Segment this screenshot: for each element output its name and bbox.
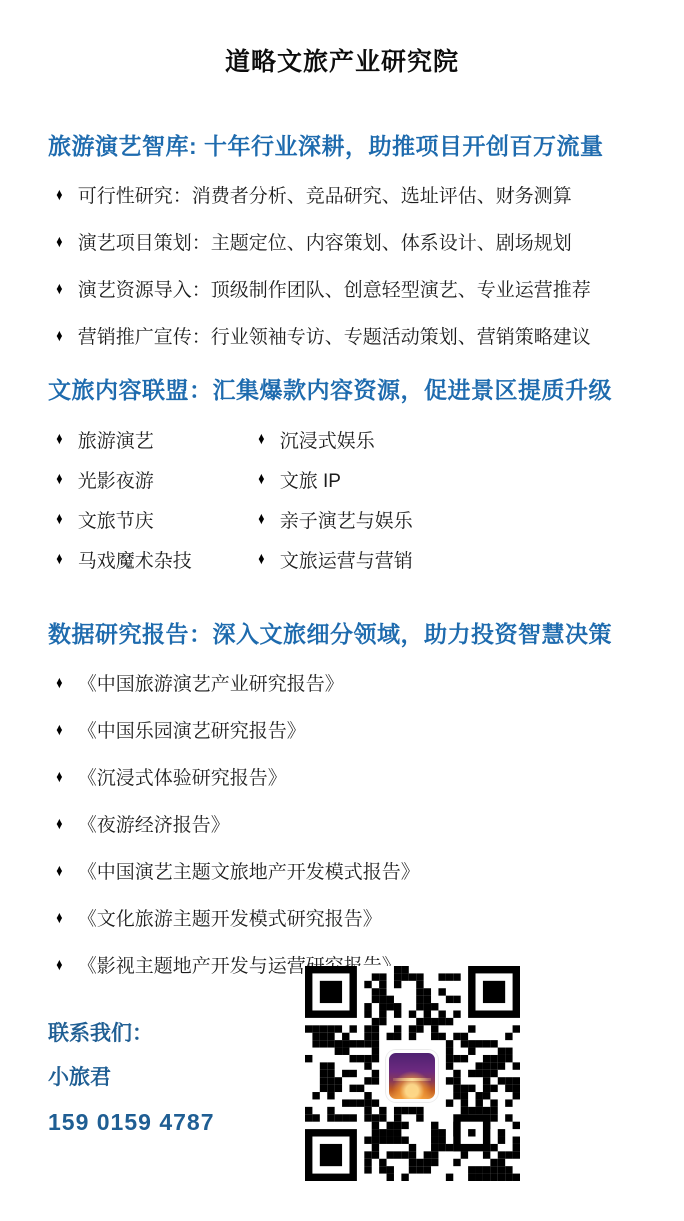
list-item: ♦ 《沉浸式体验研究报告》 — [55, 757, 654, 796]
list-item-text: 马戏魔术杂技 — [78, 546, 192, 573]
list-item: ♦ 《中国乐园演艺研究报告》 — [55, 710, 654, 749]
section-heading: 数据研究报告：深入文旅细分领域，助力投资智慧决策 — [48, 616, 654, 649]
diamond-bullet-icon: ♦ — [258, 429, 264, 449]
list-item-text: 旅游演艺 — [78, 426, 154, 453]
diamond-bullet-icon: ♦ — [56, 673, 62, 693]
report-title: 《夜游经济报告》 — [78, 810, 230, 837]
page-title: 道略文旅产业研究院 — [0, 42, 684, 78]
list-item-text: 亲子演艺与娱乐 — [280, 506, 413, 533]
report-title: 《中国旅游演艺产业研究报告》 — [78, 669, 344, 696]
list-item: ♦ 亲子演艺与娱乐 — [257, 499, 654, 539]
list-item-text: 文旅 IP — [280, 466, 341, 493]
diamond-bullet-icon: ♦ — [56, 955, 62, 975]
diamond-bullet-icon: ♦ — [56, 861, 62, 881]
list-item-text: 文旅节庆 — [78, 506, 154, 533]
list-item: ♦ 演艺项目策划：主题定位、内容策划、体系设计、剧场规划 — [55, 222, 654, 261]
list-item: ♦ 营销推广宣传：行业领袖专访、专题活动策划、营销策略建议 — [55, 316, 654, 355]
diamond-bullet-icon: ♦ — [56, 469, 62, 489]
report-title: 《文化旅游主题开发模式研究报告》 — [78, 904, 382, 931]
list-item: ♦ 沉浸式娱乐 — [257, 419, 654, 459]
report-title: 《中国乐园演艺研究报告》 — [78, 716, 306, 743]
diamond-bullet-icon: ♦ — [56, 326, 62, 346]
list-item: ♦ 旅游演艺 — [55, 419, 250, 459]
contact-heading: 联系我们： — [48, 1012, 215, 1056]
bullet-list: ♦ 沉浸式娱乐 ♦ 文旅 IP ♦ 亲子演艺与娱乐 ♦ 文旅运营与营销 — [250, 419, 654, 579]
section-research-reports: 数据研究报告：深入文旅细分领域，助力投资智慧决策 ♦ 《中国旅游演艺产业研究报告… — [48, 616, 654, 984]
diamond-bullet-icon: ♦ — [258, 469, 264, 489]
qr-center-logo-icon — [386, 1050, 438, 1102]
diamond-bullet-icon: ♦ — [56, 720, 62, 740]
list-item: ♦ 演艺资源导入：顶级制作团队、创意轻型演艺、专业运营推荐 — [55, 269, 654, 308]
diamond-bullet-icon: ♦ — [56, 185, 62, 205]
list-item: ♦ 《夜游经济报告》 — [55, 804, 654, 843]
list-item: ♦ 马戏魔术杂技 — [55, 539, 250, 579]
diamond-bullet-icon: ♦ — [258, 549, 264, 569]
list-item-text: 演艺项目策划：主题定位、内容策划、体系设计、剧场规划 — [78, 228, 572, 255]
two-column-list: ♦ 旅游演艺 ♦ 光影夜游 ♦ 文旅节庆 ♦ 马戏魔术杂技 — [48, 419, 654, 579]
list-item: ♦ 文旅节庆 — [55, 499, 250, 539]
report-title: 《中国演艺主题文旅地产开发模式报告》 — [78, 857, 420, 884]
diamond-bullet-icon: ♦ — [258, 509, 264, 529]
bullet-list: ♦ 《中国旅游演艺产业研究报告》 ♦ 《中国乐园演艺研究报告》 ♦ 《沉浸式体验… — [48, 663, 654, 984]
diamond-bullet-icon: ♦ — [56, 908, 62, 928]
diamond-bullet-icon: ♦ — [56, 549, 62, 569]
list-item: ♦ 文旅运营与营销 — [257, 539, 654, 579]
diamond-bullet-icon: ♦ — [56, 279, 62, 299]
diamond-bullet-icon: ♦ — [56, 232, 62, 252]
bullet-list: ♦ 旅游演艺 ♦ 光影夜游 ♦ 文旅节庆 ♦ 马戏魔术杂技 — [48, 419, 250, 579]
bullet-list: ♦ 可行性研究：消费者分析、竞品研究、选址评估、财务测算 ♦ 演艺项目策划：主题… — [48, 175, 654, 355]
list-item-text: 可行性研究：消费者分析、竞品研究、选址评估、财务测算 — [78, 181, 572, 208]
list-item: ♦ 光影夜游 — [55, 459, 250, 499]
list-item: ♦ 《文化旅游主题开发模式研究报告》 — [55, 898, 654, 937]
diamond-bullet-icon: ♦ — [56, 767, 62, 787]
contact-phone: 159 0159 4787 — [48, 1100, 215, 1144]
section-heading: 文旅内容联盟：汇集爆款内容资源，促进景区提质升级 — [48, 372, 654, 405]
contact-name: 小旅君 — [48, 1056, 215, 1100]
list-item: ♦ 文旅 IP — [257, 459, 654, 499]
wechat-qr-code — [305, 966, 520, 1181]
right-column: ♦ 沉浸式娱乐 ♦ 文旅 IP ♦ 亲子演艺与娱乐 ♦ 文旅运营与营销 — [250, 419, 654, 579]
contact-block: 联系我们： 小旅君 159 0159 4787 — [48, 1012, 215, 1144]
list-item-text: 文旅运营与营销 — [280, 546, 413, 573]
list-item-text: 光影夜游 — [78, 466, 154, 493]
list-item-text: 营销推广宣传：行业领袖专访、专题活动策划、营销策略建议 — [78, 322, 591, 349]
page: 道略文旅产业研究院 旅游演艺智库: 十年行业深耕，助推项目开创百万流量 ♦ 可行… — [0, 0, 684, 1221]
list-item: ♦ 可行性研究：消费者分析、竞品研究、选址评估、财务测算 — [55, 175, 654, 214]
diamond-bullet-icon: ♦ — [56, 429, 62, 449]
diamond-bullet-icon: ♦ — [56, 814, 62, 834]
diamond-bullet-icon: ♦ — [56, 509, 62, 529]
list-item-text: 演艺资源导入：顶级制作团队、创意轻型演艺、专业运营推荐 — [78, 275, 591, 302]
report-title: 《沉浸式体验研究报告》 — [78, 763, 287, 790]
list-item: ♦ 《中国旅游演艺产业研究报告》 — [55, 663, 654, 702]
left-column: ♦ 旅游演艺 ♦ 光影夜游 ♦ 文旅节庆 ♦ 马戏魔术杂技 — [48, 419, 250, 579]
section-heading: 旅游演艺智库: 十年行业深耕，助推项目开创百万流量 — [48, 128, 654, 161]
list-item: ♦ 《中国演艺主题文旅地产开发模式报告》 — [55, 851, 654, 890]
list-item-text: 沉浸式娱乐 — [280, 426, 375, 453]
section-content-alliance: 文旅内容联盟：汇集爆款内容资源，促进景区提质升级 ♦ 旅游演艺 ♦ 光影夜游 ♦… — [48, 372, 654, 579]
section-tourism-performance-thinktank: 旅游演艺智库: 十年行业深耕，助推项目开创百万流量 ♦ 可行性研究：消费者分析、… — [48, 128, 654, 355]
